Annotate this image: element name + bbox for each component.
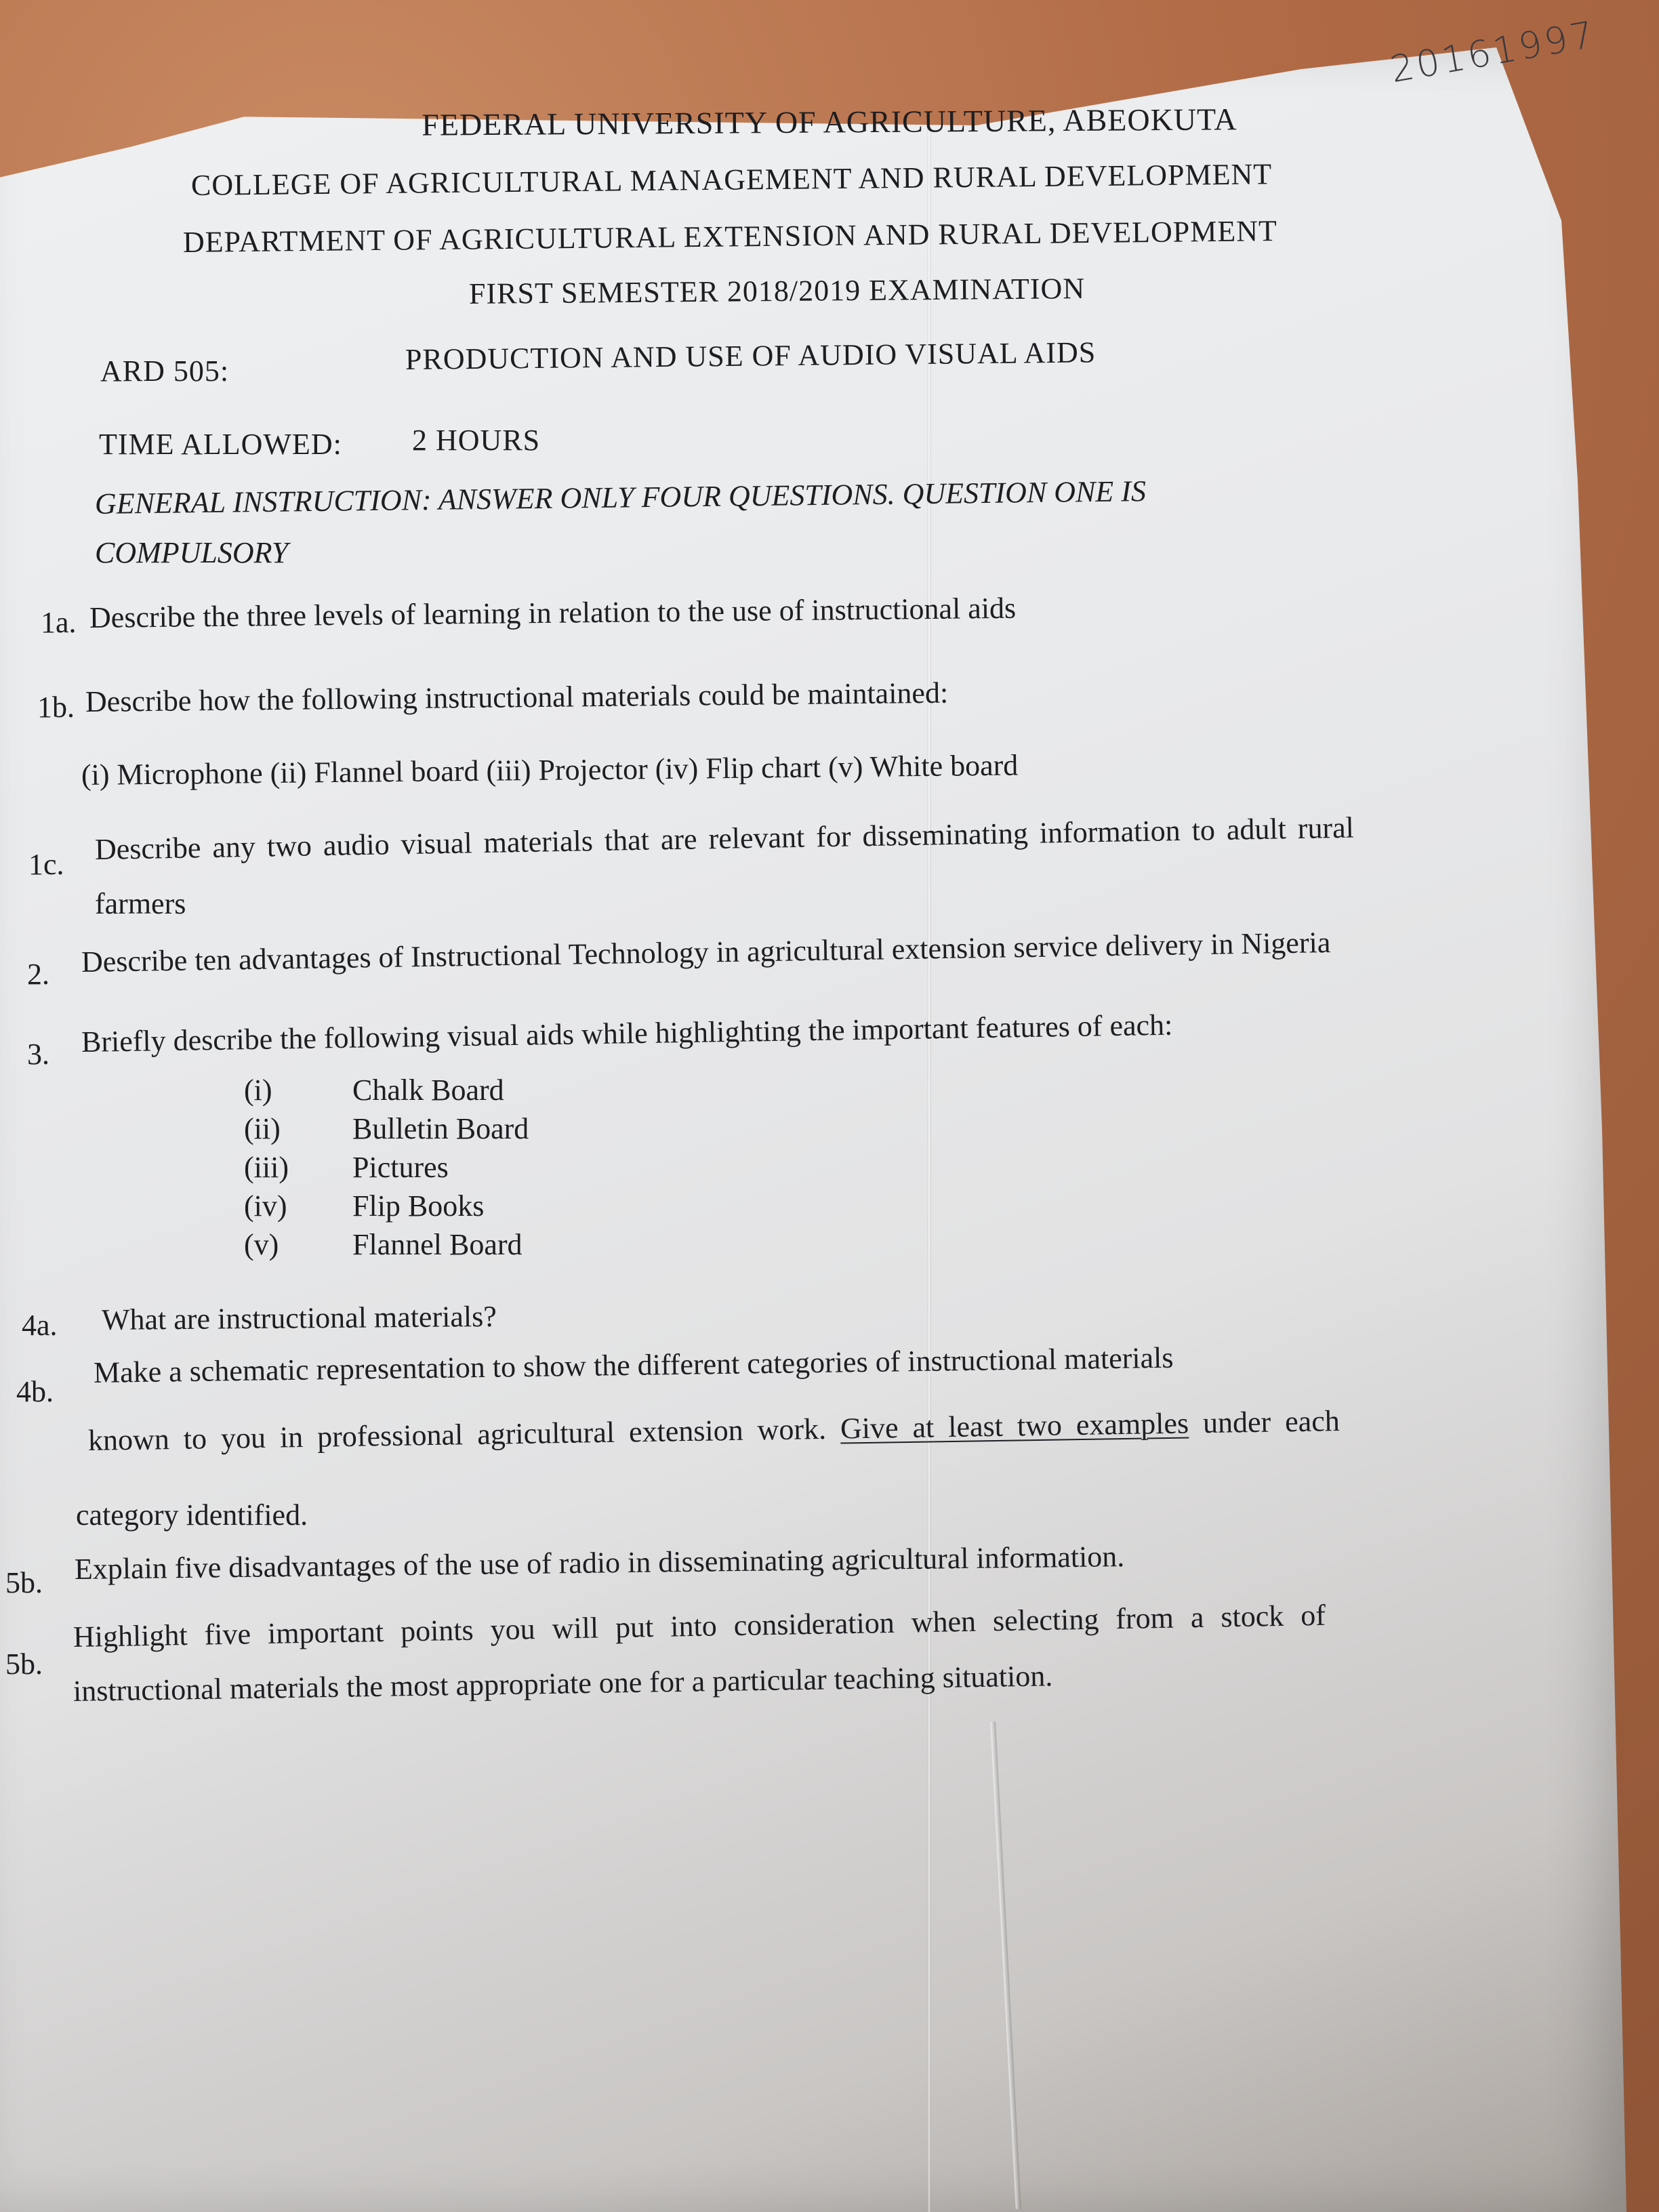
list-item: (iv)Flip Books <box>244 1187 529 1225</box>
emphasis-underlined: Give at least two examples <box>840 1406 1189 1445</box>
time-allowed-label: TIME ALLOWED: <box>99 427 342 462</box>
list-item: (v)Flannel Board <box>244 1225 529 1264</box>
course-code: ARD 505: <box>100 354 229 388</box>
question-number: 1a. <box>41 605 77 640</box>
question-number: 1c. <box>28 847 64 882</box>
question-number: 5b. <box>5 1647 43 1681</box>
visual-aids-list: (i)Chalk Board (ii)Bulletin Board (iii)P… <box>244 1071 529 1264</box>
list-item: (ii)Bulletin Board <box>244 1109 529 1148</box>
list-item: (i)Chalk Board <box>244 1071 529 1109</box>
course-title: PRODUCTION AND USE OF AUDIO VISUAL AIDS <box>405 335 1097 377</box>
question-number: 2. <box>27 957 49 991</box>
question-number: 5b. <box>5 1565 43 1600</box>
question-text: What are instructional materials? <box>102 1299 497 1337</box>
question-text-continued: farmers <box>95 886 186 921</box>
question-number: 4a. <box>22 1308 58 1343</box>
question-text-continued: category identified. <box>76 1498 308 1532</box>
question-number: 4b. <box>16 1374 54 1409</box>
question-number: 3. <box>27 1037 49 1071</box>
exam-title: FIRST SEMESTER 2018/2019 EXAMINATION <box>469 271 1086 311</box>
time-allowed-value: 2 HOURS <box>412 423 540 457</box>
general-instruction-continued: COMPULSORY <box>95 535 288 570</box>
question-number: 1b. <box>37 690 75 724</box>
list-item: (iii)Pictures <box>244 1148 529 1187</box>
